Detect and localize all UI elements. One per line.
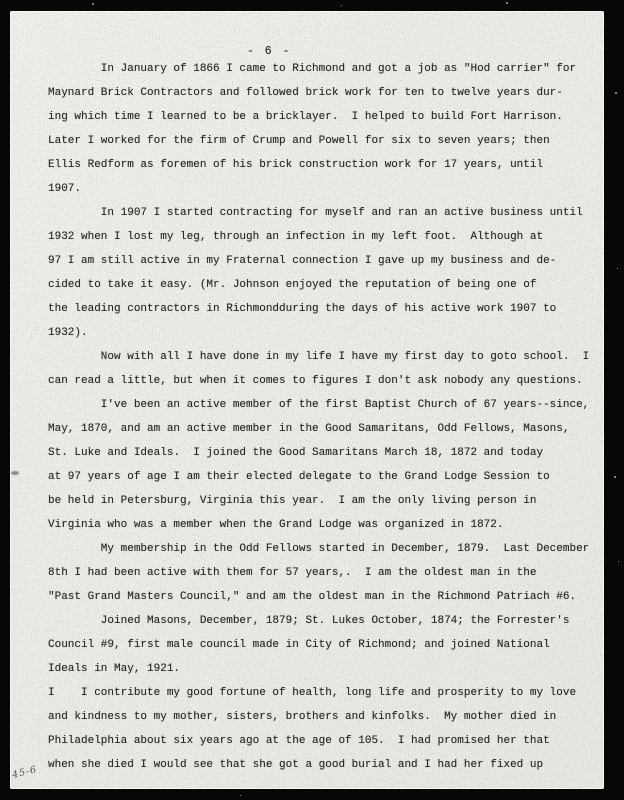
typed-line: In January of 1866 I came to Richmond an… bbox=[48, 57, 593, 81]
dust-speck bbox=[581, 12, 582, 13]
typed-line: 1932). bbox=[48, 321, 593, 345]
dust-speck bbox=[618, 561, 619, 562]
typed-line: ing which time I learned to be a brickla… bbox=[48, 105, 593, 129]
dust-speck bbox=[506, 2, 508, 4]
typed-line: can read a little, but when it comes to … bbox=[48, 369, 593, 393]
typed-line: Now with all I have done in my life I ha… bbox=[48, 345, 593, 369]
typed-line: at 97 years of age I am their elected de… bbox=[48, 465, 593, 489]
typed-line: and kindness to my mother, sisters, brot… bbox=[48, 705, 593, 729]
typed-line: 1932 when I lost my leg, through an infe… bbox=[48, 225, 593, 249]
dust-speck bbox=[617, 268, 618, 269]
typed-line: "Past Grand Masters Council," and am the… bbox=[48, 585, 593, 609]
dust-speck bbox=[341, 5, 342, 6]
typed-line: 8th I had been active with them for 57 y… bbox=[48, 561, 593, 585]
typed-line: the leading contractors in Richmonddurin… bbox=[48, 297, 593, 321]
typed-line: Ellis Redform as foremen of his brick co… bbox=[48, 153, 593, 177]
typed-line: Joined Masons, December, 1879; St. Lukes… bbox=[48, 609, 593, 633]
typed-line: Virginia who was a member when the Grand… bbox=[48, 513, 593, 537]
scan-photo-frame: - 6 - In January of 1866 I came to Richm… bbox=[0, 0, 624, 800]
typed-line: Council #9, first male council made in C… bbox=[48, 633, 593, 657]
typed-line: 1907. bbox=[48, 177, 593, 201]
typed-line: My membership in the Odd Fellows started… bbox=[48, 537, 593, 561]
typed-line: Philadelphia about six years ago at the … bbox=[48, 729, 593, 753]
dust-speck bbox=[614, 476, 616, 478]
dust-speck bbox=[615, 92, 617, 94]
typed-line: May, 1870, and am an active member in th… bbox=[48, 417, 593, 441]
typed-line: I I contribute my good fortune of health… bbox=[48, 681, 593, 705]
typed-line: Ideals in May, 1921. bbox=[48, 657, 593, 681]
typed-line: St. Luke and Ideals. I joined the Good S… bbox=[48, 441, 593, 465]
document-page: - 6 - In January of 1866 I came to Richm… bbox=[10, 11, 604, 789]
typed-line: cided to take it easy. (Mr. Johnson enjo… bbox=[48, 273, 593, 297]
dust-speck bbox=[240, 795, 241, 796]
typed-line: Later I worked for the firm of Crump and… bbox=[48, 129, 593, 153]
typed-line: I've been an active member of the first … bbox=[48, 393, 593, 417]
typed-line: when she died I would see that she got a… bbox=[48, 753, 593, 777]
typed-text-body: In January of 1866 I came to Richmond an… bbox=[48, 57, 593, 777]
dust-speck bbox=[92, 3, 94, 5]
typed-line: Maynard Brick Contractors and followed b… bbox=[48, 81, 593, 105]
typed-line: 97 I am still active in my Fraternal con… bbox=[48, 249, 593, 273]
typed-line: be held in Petersburg, Virginia this yea… bbox=[48, 489, 593, 513]
handwritten-archive-mark: 45-6 bbox=[11, 764, 38, 781]
ink-smudge bbox=[11, 471, 19, 475]
typed-line: In 1907 I started contracting for myself… bbox=[48, 201, 593, 225]
